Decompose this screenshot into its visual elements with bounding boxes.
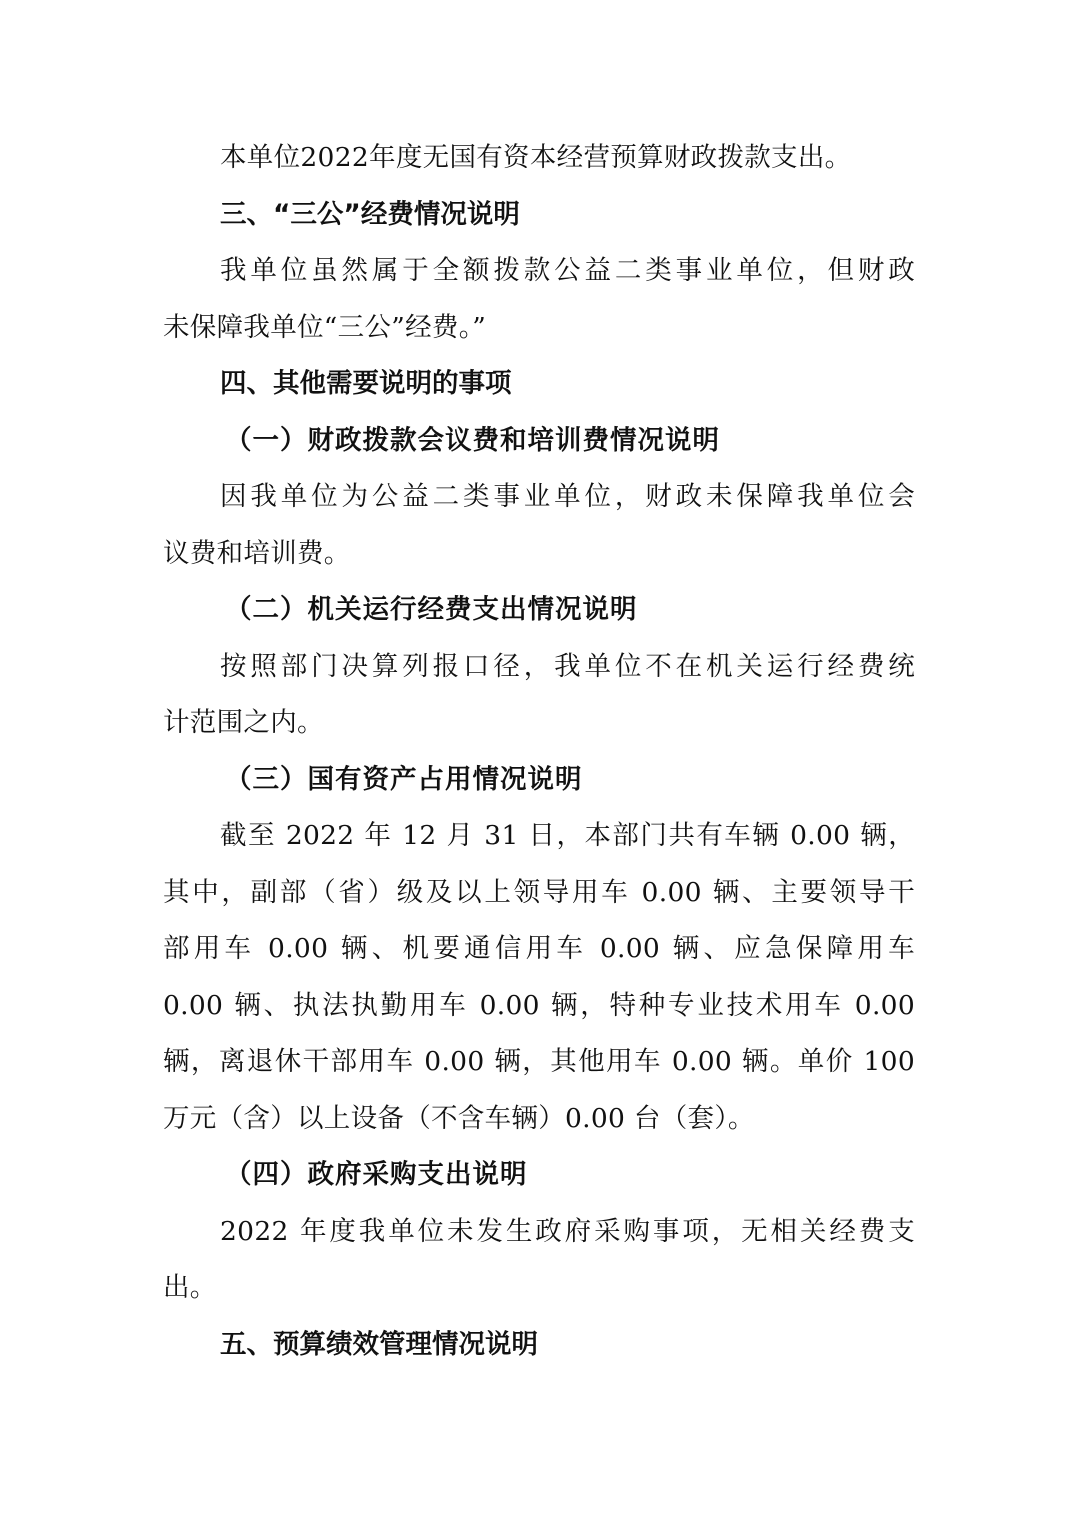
heading-three-public-expenses: 三、“三公”经费情况说明 (163, 187, 915, 244)
paragraph-operating-expenses-line-1: 按照部门决算列报口径，我单位不在机关运行经费统 (163, 639, 915, 696)
paragraph-state-capital-budget: 本单位2022年度无国有资本经营预算财政拨款支出。 (163, 130, 915, 187)
paragraph-meeting-training-line-1: 因我单位为公益二类事业单位，财政未保障我单位会 (163, 469, 915, 526)
paragraph-three-public-line-1: 我单位虽然属于全额拨款公益二类事业单位，但财政 (163, 243, 915, 300)
paragraph-state-assets-line-4: 0.00 辆、执法执勤用车 0.00 辆，特种专业技术用车 0.00 (163, 978, 915, 1035)
subheading-meeting-training-fees: （一）财政拨款会议费和培训费情况说明 (163, 413, 915, 470)
paragraph-state-assets-line-6: 万元（含）以上设备（不含车辆）0.00 台（套）。 (163, 1091, 915, 1148)
subheading-operating-expenses: （二）机关运行经费支出情况说明 (163, 582, 915, 639)
paragraph-state-assets-line-2: 其中，副部（省）级及以上领导用车 0.00 辆、主要领导干 (163, 865, 915, 922)
heading-performance-management: 五、预算绩效管理情况说明 (163, 1317, 915, 1374)
paragraph-state-assets-line-5: 辆，离退休干部用车 0.00 辆，其他用车 0.00 辆。单价 100 (163, 1034, 915, 1091)
paragraph-three-public-line-2: 未保障我单位“三公”经费。” (163, 300, 915, 357)
subheading-government-procurement: （四）政府采购支出说明 (163, 1147, 915, 1204)
heading-other-matters: 四、其他需要说明的事项 (163, 356, 915, 413)
document-page: 本单位2022年度无国有资本经营预算财政拨款支出。 三、“三公”经费情况说明 我… (163, 130, 915, 1373)
paragraph-state-assets-line-3: 部用车 0.00 辆、机要通信用车 0.00 辆、应急保障用车 (163, 921, 915, 978)
paragraph-procurement-line-2: 出。 (163, 1260, 915, 1317)
subheading-state-assets: （三）国有资产占用情况说明 (163, 752, 915, 809)
paragraph-operating-expenses-line-2: 计范围之内。 (163, 695, 915, 752)
paragraph-meeting-training-line-2: 议费和培训费。 (163, 526, 915, 583)
paragraph-procurement-line-1: 2022 年度我单位未发生政府采购事项，无相关经费支 (163, 1204, 915, 1261)
paragraph-state-assets-line-1: 截至 2022 年 12 月 31 日，本部门共有车辆 0.00 辆， (163, 808, 915, 865)
